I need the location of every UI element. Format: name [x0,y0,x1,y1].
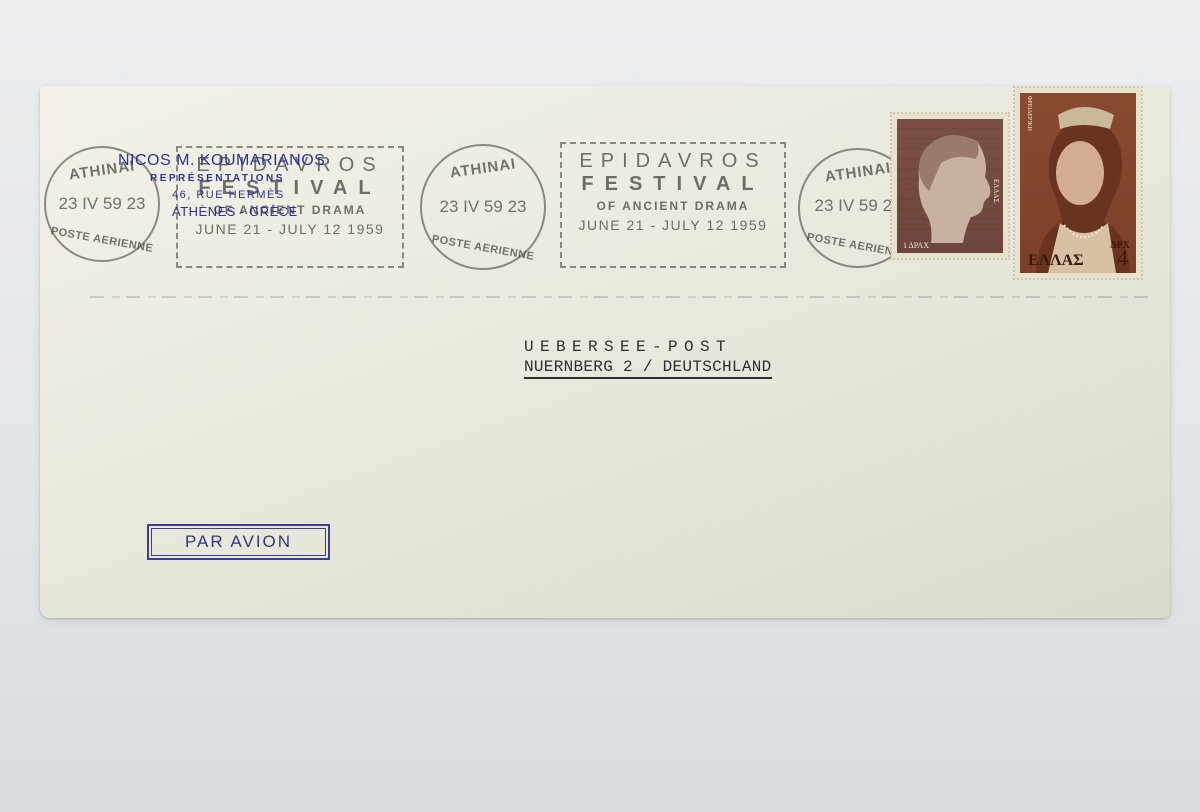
stamp-profile-art: 1 ΔΡΑΧ ΕΛΛΑΣ [897,119,1003,253]
postmark-circle-2: ATHINAI 23 IV 59 23 POSTE AERIENNE [420,144,546,270]
airmail-label-text: PAR AVION [151,528,326,556]
recipient-line-2: NUERNBERG 2 / DEUTSCHLAND [524,358,772,379]
stamp-2-top-text: ΦΡΕΙΔΕΡΙΚΗ [1026,96,1032,131]
slogan-line-2: FESTIVAL [562,173,784,196]
sender-city: ATHÈNES - GRÈCE [172,204,325,219]
classical-head-icon [897,119,1003,253]
stamp-2-queen: ΦΡΕΙΔΕΡΙΚΗ ΕΛΛΑΣ ΔΡΧ 4 [1014,87,1142,279]
stamp-queen-art: ΦΡΕΙΔΕΡΙΚΗ ΕΛΛΑΣ ΔΡΧ 4 [1020,93,1136,273]
recipient-address: UEBERSEE-POST NUERNBERG 2 / DEUTSCHLAND [524,338,772,379]
recipient-line-1: UEBERSEE-POST [524,338,772,356]
stamp-2-country: ΕΛΛΑΣ [1028,252,1084,270]
postmark-date: 23 IV 59 23 [422,197,544,217]
sender-imprint: NICOS M. KOUMARIANOS REPRÉSENTATIONS 46,… [118,152,325,219]
slogan-line-3: OF ANCIENT DRAMA [562,199,784,213]
stamp-1-denomination: 1 ΔΡΑΧ [903,241,929,250]
stamp-2-denomination: 4 [1117,245,1128,271]
sender-address: 46, RUE HERMÈS [172,189,325,201]
airmail-label: PAR AVION [147,524,330,560]
sender-name: NICOS M. KOUMARIANOS [118,152,325,170]
slogan-cancel-2: EPIDAVROS FESTIVAL OF ANCIENT DRAMA JUNE… [560,142,786,268]
stamp-1-country: ΕΛΛΑΣ [992,179,1000,203]
slogan-line-1: EPIDAVROS [562,150,784,173]
slogan-line-4: JUNE 21 - JULY 12 1959 [178,221,402,237]
stamp-1-drachma: 1 ΔΡΑΧ ΕΛΛΑΣ [891,113,1009,259]
slogan-line-4: JUNE 21 - JULY 12 1959 [562,217,784,233]
fold-line [90,296,1150,298]
sender-role: REPRÉSENTATIONS [150,173,325,184]
